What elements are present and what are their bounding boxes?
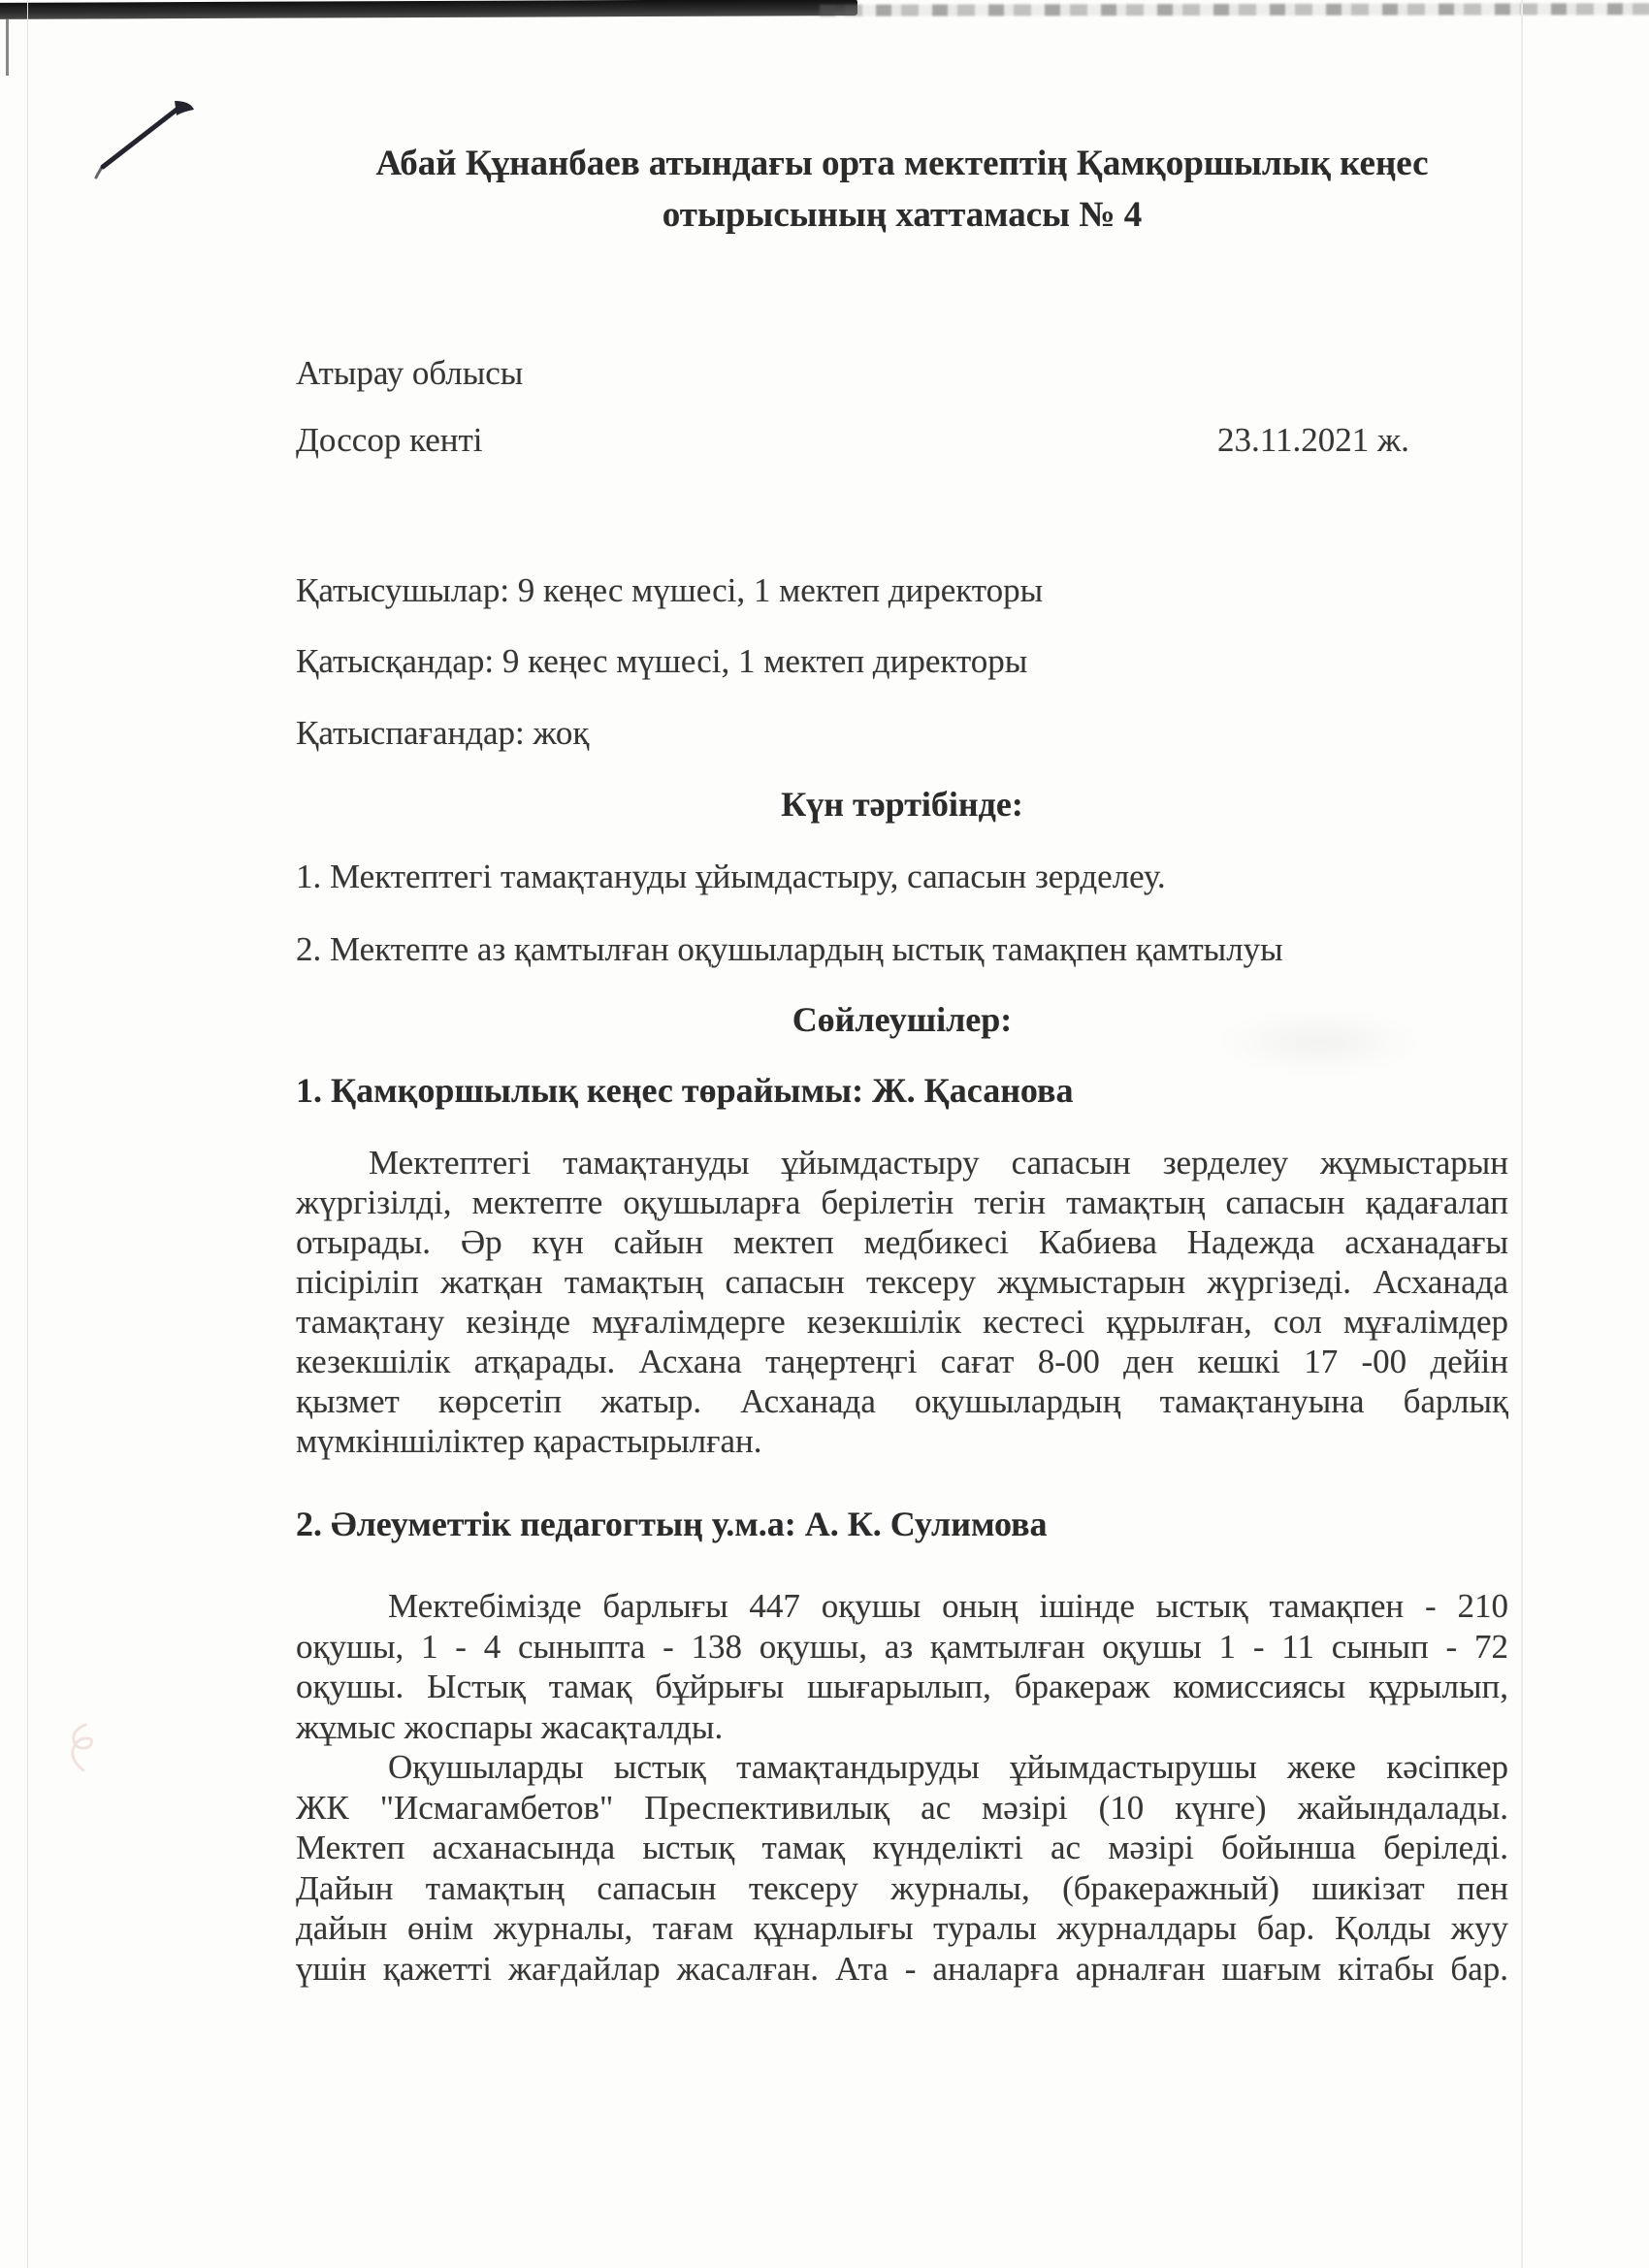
agenda-heading: Күн тәртібінде: (296, 784, 1508, 825)
page-title-line2: отырысының хаттамасы № 4 (296, 189, 1508, 241)
scan-edge-artifact-fuzzy (820, 3, 1649, 16)
scanned-protocol-page: Абай Құнанбаев атындағы орта мектептің Қ… (0, 0, 1649, 2268)
region-line: Атырау облысы (296, 353, 1508, 394)
attendance-line-absent: Қатыспағандар: жоқ (296, 713, 1508, 754)
scan-edge-tick (6, 19, 9, 76)
pen-stroke-mark (87, 89, 219, 181)
speaker2-speech-paragraph-2: Оқушыларды ыстық тамақтандыруды ұйымдаст… (296, 1747, 1508, 1989)
speaker1-heading: 1. Қамқоршылық кеңес төрайымы: Ж. Қасано… (296, 1070, 1508, 1111)
attendance-line-attended: Қатысқандар: 9 кеңес мүшесі, 1 мектеп ди… (296, 641, 1508, 682)
scan-edge-artifact-dark (0, 0, 857, 19)
attendance-line-participants: Қатысушылар: 9 кеңес мүшесі, 1 мектеп ди… (296, 570, 1508, 611)
agenda-item-2: 2. Мектепте аз қамтылған оқушылардың ыст… (296, 929, 1508, 970)
speaker2-speech-paragraph-1: Мектебімізде барлығы 447 оқушы оның ішін… (296, 1586, 1508, 1747)
paper-right-edge-line (1521, 0, 1523, 2268)
page-title-line1: Абай Құнанбаев атындағы орта мектептің Қ… (296, 138, 1508, 189)
page-title: Абай Құнанбаев атындағы орта мектептің Қ… (296, 138, 1508, 241)
speaker2-speech: Мектебімізде барлығы 447 оқушы оның ішін… (296, 1586, 1508, 1989)
speaker2-heading: 2. Әлеуметтік педагогтың у.м.а: А. К. Су… (296, 1504, 1508, 1544)
settlement-label: Доссор кенті (296, 421, 482, 459)
place-date-row: Доссор кенті 23.11.2021 ж. (296, 420, 1508, 461)
date-label: 23.11.2021 ж. (1217, 420, 1409, 461)
agenda-item-1: 1. Мектептегі тамақтануды ұйымдастыру, с… (296, 857, 1508, 897)
paper-left-edge-line (27, 0, 28, 2268)
speaker1-speech-paragraph: Мектептегі тамақтануды ұйымдастыру сапас… (296, 1143, 1508, 1461)
faint-pink-scribble (56, 1719, 103, 1779)
speakers-heading: Сөйлеушілер: (296, 999, 1508, 1040)
